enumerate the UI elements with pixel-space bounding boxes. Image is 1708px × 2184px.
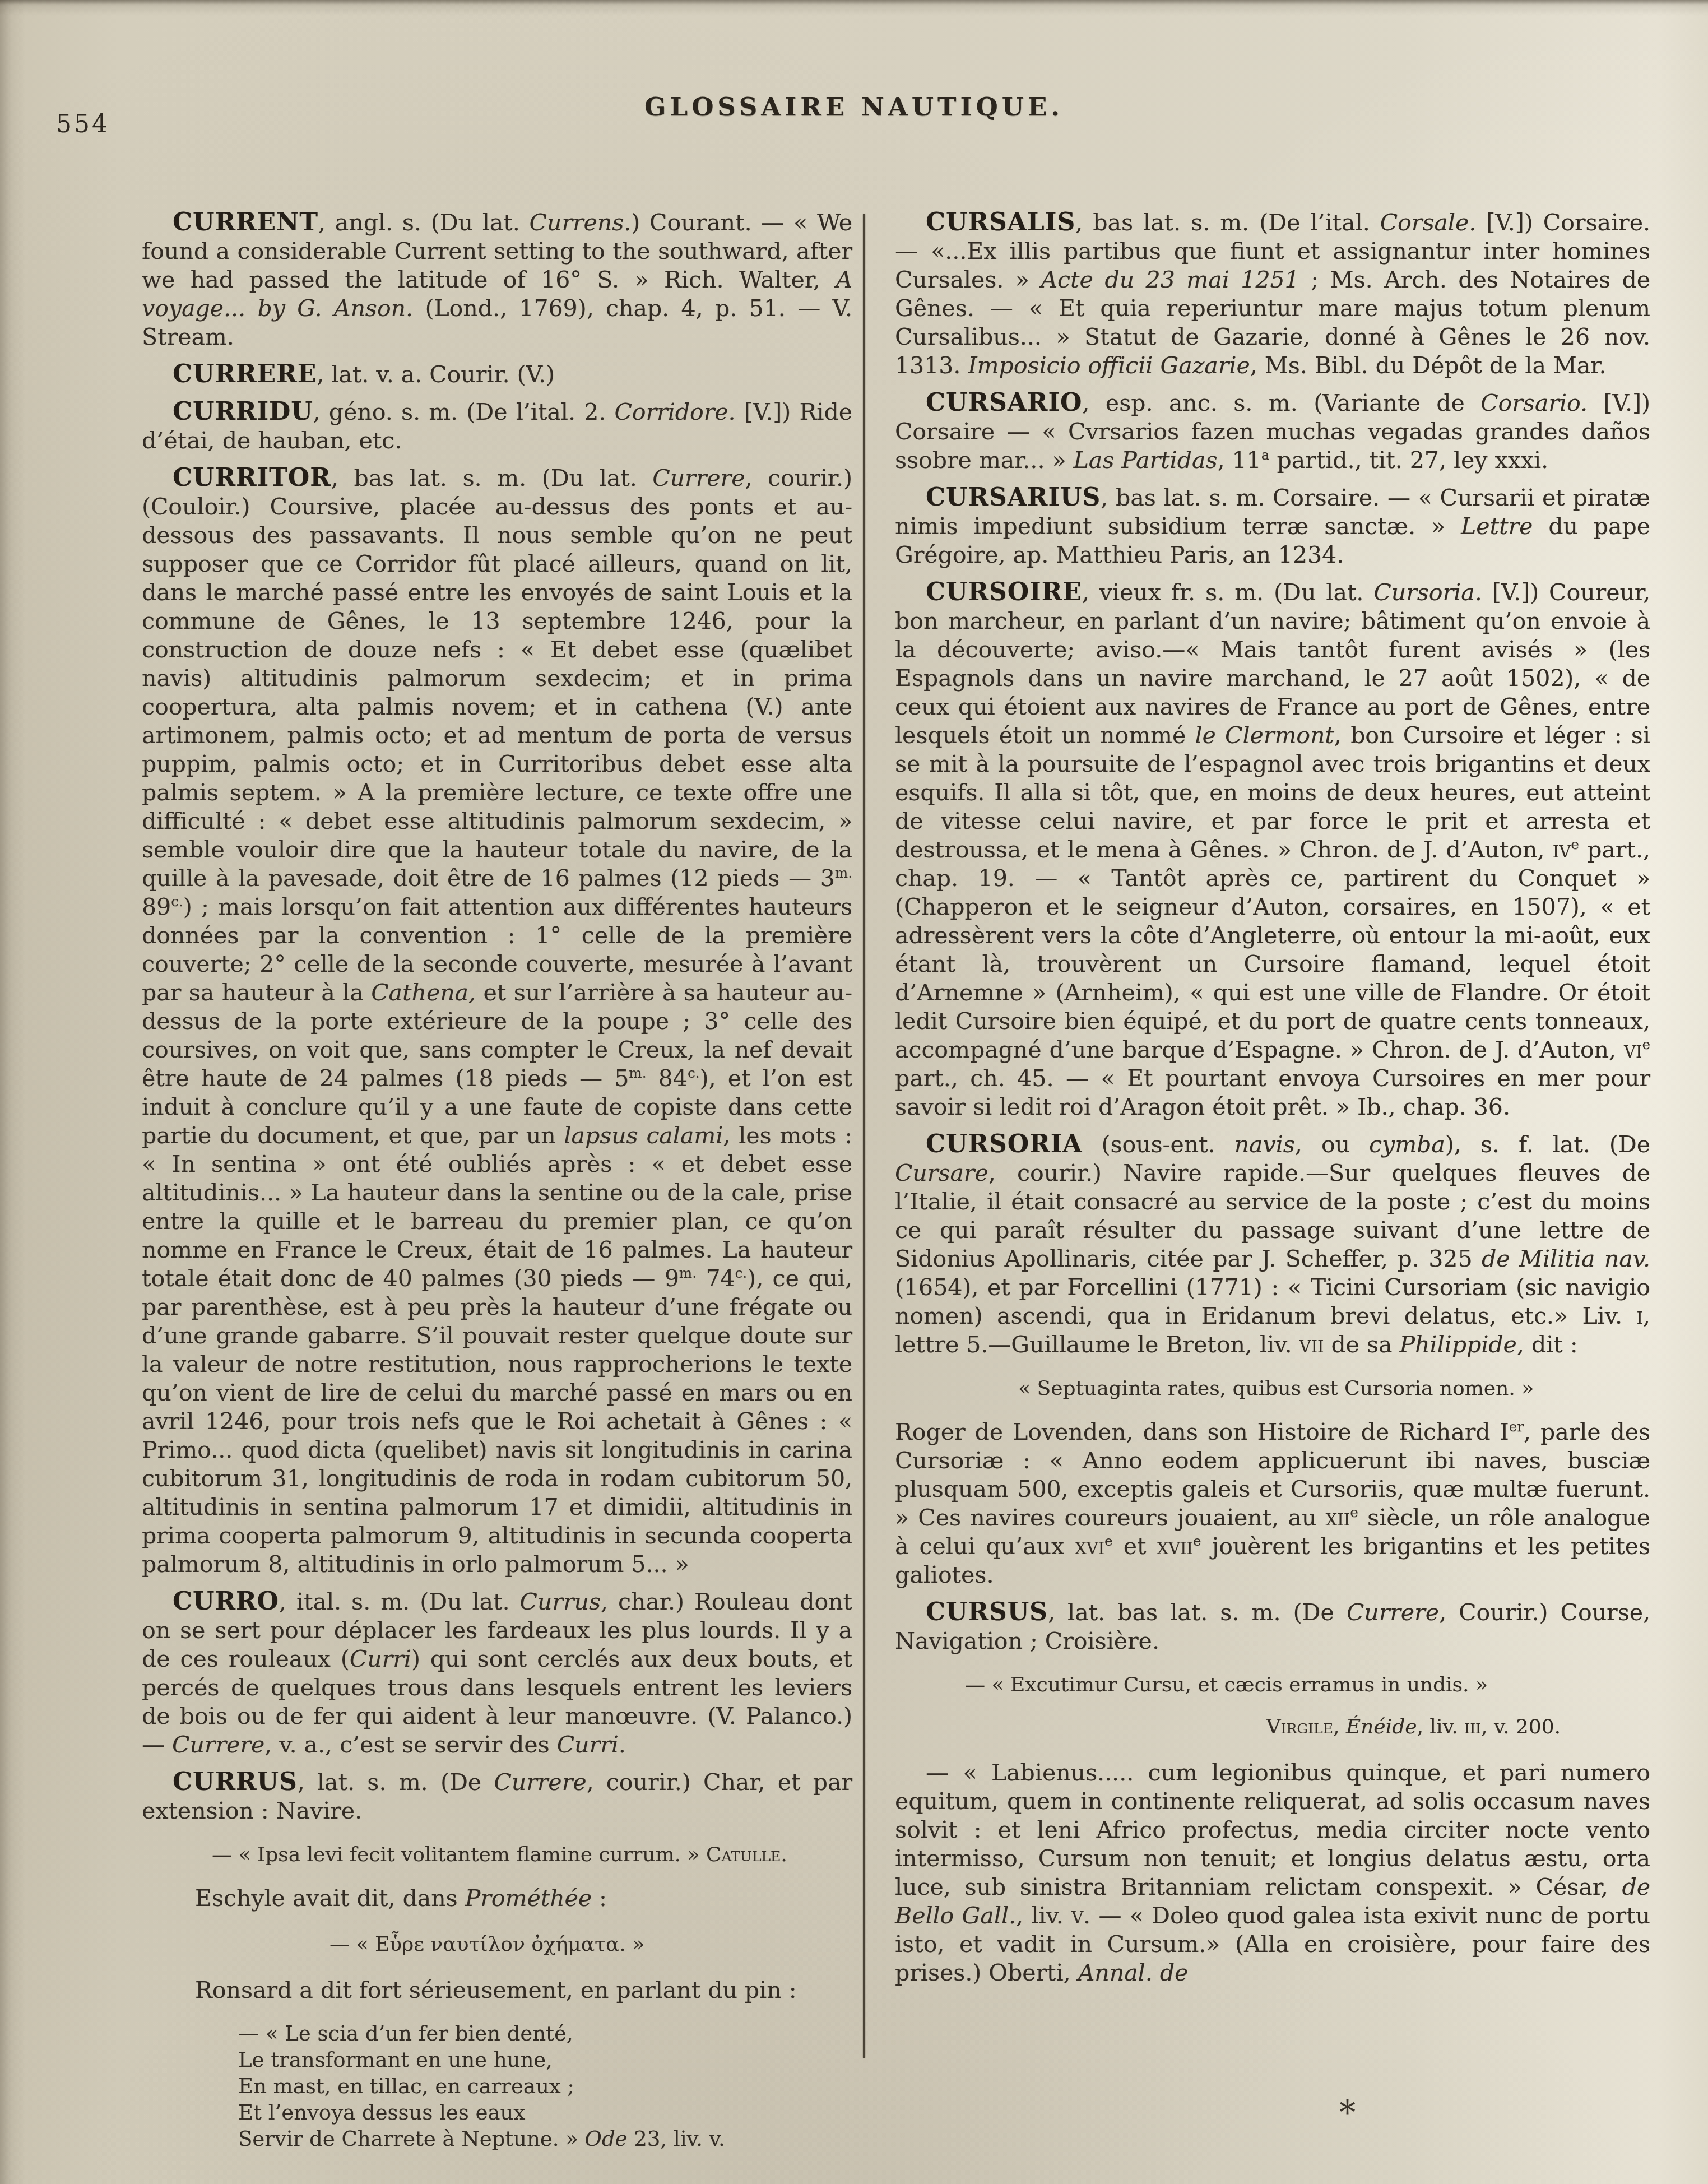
- text-segment: xvi: [1075, 1533, 1104, 1560]
- text-segment: m.: [629, 1065, 646, 1081]
- text-segment: Eschyle avait dit, dans: [195, 1885, 465, 1912]
- left-paragraph-8: Eschyle avait dit, dans Prométhée :: [142, 1884, 852, 1913]
- printers-ornament: *: [1339, 2093, 1356, 2131]
- text-segment: .: [619, 1731, 626, 1758]
- left-paragraph-2: CURRERE, lat. v. a. Courir. (V.): [142, 360, 852, 389]
- entry-headword: CURRIDU: [173, 397, 313, 426]
- running-head: GLOSSAIRE NAUTIQUE.: [0, 92, 1708, 122]
- left-paragraph-14: Et l’envoya dessus les eaux: [238, 2099, 852, 2126]
- text-segment: m.: [835, 865, 852, 881]
- right-paragraph-7: Roger de Lovenden, dans son Histoire de …: [895, 1418, 1650, 1589]
- text-segment: de sa: [1324, 1331, 1399, 1358]
- text-segment: Curri: [557, 1731, 619, 1758]
- entry-headword: CURRO: [173, 1587, 279, 1616]
- text-segment: partid., tit. 27, ley xxxi.: [1269, 447, 1548, 474]
- text-segment: — « Εὗρε ναυτίλον ὀχήματα. »: [329, 1933, 644, 1956]
- text-segment: — « Ipsa levi fecit volitantem flamine c…: [212, 1843, 706, 1866]
- text-segment: e: [1193, 1533, 1201, 1549]
- text-segment: Corridore.: [614, 398, 735, 425]
- text-segment: 23, liv. v.: [628, 2127, 725, 2151]
- text-segment: « Septuaginta rates, quibus est Cursoria…: [1018, 1377, 1534, 1400]
- text-segment: a: [1261, 447, 1270, 463]
- text-segment: 74: [697, 1265, 735, 1292]
- text-segment: c.: [688, 1065, 700, 1081]
- entry-headword: CURSUS: [926, 1598, 1048, 1626]
- text-segment: Philippide: [1399, 1331, 1516, 1358]
- text-segment: , liv.: [1016, 1902, 1071, 1929]
- right-paragraph-9: — « Excutimur Cursu, et cæcis erramus in…: [965, 1672, 1650, 1698]
- text-segment: Currere: [652, 465, 745, 491]
- text-segment: , Ms. Bibl. du Dépôt de la Mar.: [1250, 352, 1607, 379]
- text-segment: Currens.: [530, 209, 632, 236]
- entry-headword: CURSORIA: [926, 1130, 1082, 1158]
- text-segment: Las Partidas: [1074, 447, 1218, 474]
- text-segment: (1654), et par Forcellini (1771) : « Tic…: [895, 1274, 1650, 1329]
- text-segment: , lat. bas lat. s. m. (De: [1048, 1599, 1347, 1626]
- left-paragraph-6: CURRUS, lat. s. m. (De Currere, courir.)…: [142, 1768, 852, 1825]
- left-column: CURRENT, angl. s. (Du lat. Currens.) Cou…: [142, 208, 852, 2152]
- text-segment: vi: [1624, 1036, 1642, 1063]
- text-segment: i: [1636, 1302, 1642, 1329]
- scanned-book-page: 554 GLOSSAIRE NAUTIQUE. CURRENT, angl. s…: [0, 0, 1708, 2184]
- text-segment: (sous-ent.: [1082, 1131, 1234, 1158]
- right-paragraph-11: — « Labienus..... cum legionibus quinque…: [895, 1759, 1650, 1987]
- text-segment: , bas lat. s. m. (Du lat.: [331, 465, 653, 491]
- left-paragraph-4: CURRITOR, bas lat. s. m. (Du lat. Currer…: [142, 464, 852, 1579]
- text-segment: e: [1104, 1533, 1113, 1549]
- text-segment: Servir de Charrete à Neptune. »: [238, 2127, 585, 2151]
- entry-headword: CURRERE: [173, 360, 317, 388]
- entry-headword: CURRENT: [173, 208, 318, 237]
- text-segment: Lettre: [1461, 513, 1533, 540]
- text-segment: xvii: [1157, 1533, 1193, 1560]
- text-segment: , vieux fr. s. m. (Du lat.: [1082, 579, 1374, 606]
- text-segment: Currere: [494, 1769, 586, 1796]
- text-segment: Cursoria.: [1373, 579, 1482, 606]
- text-segment: , esp. anc. s. m. (Variante de: [1082, 389, 1480, 416]
- text-segment: Currus: [520, 1588, 601, 1615]
- text-segment: ), ce qui, par parenthèse, est à peu prè…: [142, 1265, 852, 1578]
- left-paragraph-11: — « Le scia d’un fer bien denté,: [238, 2020, 852, 2047]
- text-segment: m.: [679, 1265, 697, 1281]
- entry-headword: CURSARIO: [926, 388, 1082, 417]
- right-paragraph-3: CURSARIUS, bas lat. s. m. Corsaire. — « …: [895, 484, 1650, 569]
- text-segment: Currere: [172, 1731, 264, 1758]
- right-paragraph-4: CURSOIRE, vieux fr. s. m. (Du lat. Curso…: [895, 578, 1650, 1121]
- text-segment: En mast, en tillac, en carreaux ;: [238, 2074, 574, 2098]
- text-segment: le Clermont: [1195, 722, 1334, 749]
- text-segment: — « Excutimur Cursu, et cæcis erramus in…: [965, 1673, 1488, 1696]
- right-paragraph-5: CURSORIA (sous-ent. navis, ou cymba), s.…: [895, 1130, 1650, 1359]
- text-segment: e: [1350, 1504, 1358, 1520]
- text-segment: — « Labienus..... cum legionibus quinque…: [895, 1759, 1650, 1900]
- text-segment: Roger de Lovenden, dans son Histoire de …: [895, 1418, 1509, 1445]
- text-segment: , liv.: [1417, 1715, 1464, 1738]
- entry-headword: CURSARIUS: [926, 483, 1101, 512]
- text-segment: , courir.) (Couloir.) Coursive, placée a…: [142, 465, 852, 892]
- text-segment: 89: [142, 893, 171, 920]
- text-segment: Annal. de: [1078, 1959, 1189, 1986]
- text-segment: xii: [1326, 1504, 1350, 1531]
- right-paragraph-2: CURSARIO, esp. anc. s. m. (Variante de C…: [895, 389, 1650, 475]
- text-segment: , lat. s. m. (De: [298, 1769, 494, 1796]
- text-segment: e: [1642, 1036, 1650, 1052]
- text-segment: , v. a., c’est se servir des: [264, 1731, 557, 1758]
- text-segment: Corsario.: [1480, 389, 1588, 416]
- text-segment: Curri: [350, 1645, 411, 1672]
- text-segment: Prométhée: [465, 1885, 592, 1912]
- text-segment: , dit :: [1517, 1331, 1578, 1358]
- entry-headword: CURSOIRE: [926, 578, 1082, 606]
- text-segment: , lat. v. a. Courir. (V.): [317, 361, 555, 388]
- text-segment: de Militia nav.: [1482, 1245, 1650, 1272]
- text-segment: , géno. s. m. (De l’ital. 2.: [313, 398, 615, 425]
- text-segment: , v. 200.: [1481, 1715, 1561, 1738]
- text-segment: Cursare: [895, 1160, 988, 1186]
- text-segment: Imposicio officii Gazarie: [968, 352, 1250, 379]
- text-segment: cymba: [1369, 1131, 1445, 1158]
- text-segment: , 11: [1217, 447, 1261, 474]
- text-segment: , ou: [1295, 1131, 1369, 1158]
- left-paragraph-9: — « Εὗρε ναυτίλον ὀχήματα. »: [329, 1932, 852, 1957]
- text-segment: c.: [735, 1265, 748, 1281]
- left-paragraph-7: — « Ipsa levi fecit volitantem flamine c…: [212, 1842, 852, 1867]
- text-segment: part., ch. 45. — « Et pourtant envoya Cu…: [895, 1065, 1650, 1120]
- text-segment: , angl. s. (Du lat.: [318, 209, 530, 236]
- text-segment: :: [592, 1885, 607, 1912]
- text-segment: Corsale.: [1380, 209, 1477, 236]
- text-segment: iv: [1553, 836, 1571, 863]
- right-paragraph-6: « Septuaginta rates, quibus est Cursoria…: [1018, 1376, 1650, 1401]
- text-segment: Et l’envoya dessus les eaux: [238, 2100, 525, 2125]
- right-paragraph-8: CURSUS, lat. bas lat. s. m. (De Currere,…: [895, 1598, 1650, 1656]
- left-paragraph-10: Ronsard a dit fort sérieusement, en parl…: [142, 1976, 852, 2005]
- text-segment: Catulle.: [706, 1843, 787, 1866]
- text-segment: e: [1571, 836, 1579, 852]
- text-segment: , ital. s. m. (Du lat.: [279, 1588, 520, 1615]
- text-segment: Currere: [1347, 1599, 1439, 1626]
- text-segment: v: [1071, 1902, 1083, 1929]
- text-segment: — « Le scia d’un fer bien denté,: [238, 2021, 573, 2046]
- left-paragraph-5: CURRO, ital. s. m. (Du lat. Currus, char…: [142, 1588, 852, 1759]
- entry-headword: CURRITOR: [173, 463, 331, 492]
- left-paragraph-15: Servir de Charrete à Neptune. » Ode 23, …: [238, 2126, 852, 2152]
- text-segment: c.: [171, 893, 183, 910]
- entry-headword: CURRUS: [173, 1768, 298, 1796]
- left-paragraph-13: En mast, en tillac, en carreaux ;: [238, 2073, 852, 2099]
- text-segment: lapsus calami: [564, 1122, 723, 1149]
- text-segment: navis: [1234, 1131, 1295, 1158]
- text-segment: ,: [1333, 1715, 1346, 1738]
- right-column: CURSALIS, bas lat. s. m. (De l’ital. Cor…: [895, 208, 1650, 1996]
- text-segment: , bas lat. s. m. (De l’ital.: [1075, 209, 1380, 236]
- text-segment: Ronsard a dit fort sérieusement, en parl…: [195, 1977, 796, 2004]
- text-segment: er: [1509, 1418, 1524, 1435]
- right-paragraph-10: Virgile, Énéide, liv. iii, v. 200.: [895, 1714, 1561, 1740]
- entry-headword: CURSALIS: [926, 208, 1075, 237]
- text-segment: vii: [1299, 1331, 1324, 1358]
- text-segment: part., chap. 19. — « Tantôt après ce, pa…: [895, 836, 1650, 1063]
- column-divider: [863, 214, 865, 2058]
- text-segment: iii: [1464, 1715, 1481, 1738]
- left-paragraph-12: Le transformant en une hune,: [238, 2047, 852, 2073]
- text-segment: et: [1113, 1533, 1157, 1560]
- left-paragraph-3: CURRIDU, géno. s. m. (De l’ital. 2. Corr…: [142, 398, 852, 455]
- text-segment: Cathena,: [371, 979, 476, 1006]
- right-paragraph-1: CURSALIS, bas lat. s. m. (De l’ital. Cor…: [895, 208, 1650, 380]
- text-segment: Énéide: [1346, 1715, 1417, 1738]
- text-segment: Ode: [585, 2127, 628, 2151]
- text-segment: Le transformant en une hune,: [238, 2048, 553, 2072]
- text-segment: ), s. f. lat. (De: [1445, 1131, 1650, 1158]
- text-segment: Virgile: [1266, 1715, 1333, 1738]
- left-paragraph-1: CURRENT, angl. s. (Du lat. Currens.) Cou…: [142, 208, 852, 351]
- text-segment: Acte du 23 mai 1251: [1041, 266, 1299, 293]
- text-segment: 84: [646, 1065, 687, 1092]
